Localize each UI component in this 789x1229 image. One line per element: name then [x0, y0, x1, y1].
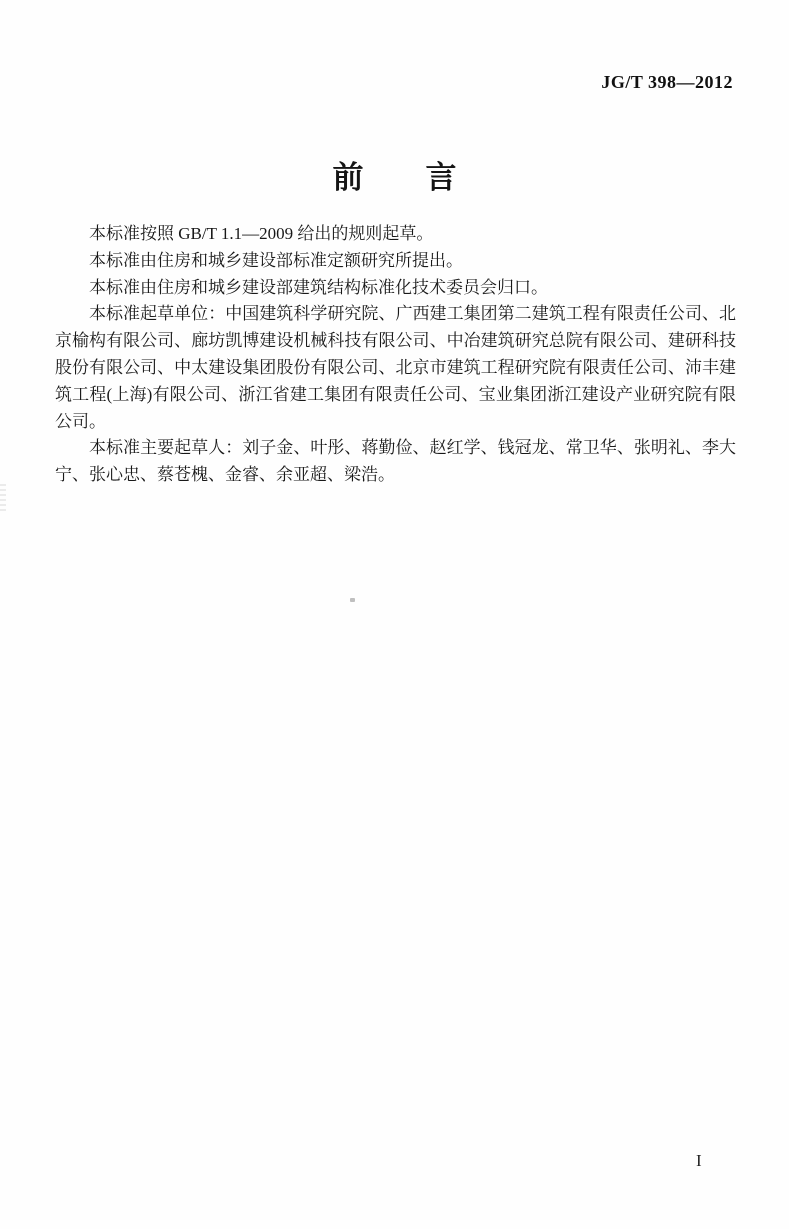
paragraph-drafting-rule: 本标准按照 GB/T 1.1—2009 给出的规则起草。	[55, 221, 736, 248]
page-title: 前 言	[0, 152, 789, 197]
document-page: JG/T 398—2012 前 言 本标准按照 GB/T 1.1—2009 给出…	[0, 0, 789, 1229]
foreword-body: 本标准按照 GB/T 1.1—2009 给出的规则起草。 本标准由住房和城乡建设…	[55, 221, 736, 489]
page-number: I	[696, 1151, 702, 1171]
standard-code-header: JG/T 398—2012	[601, 72, 733, 93]
scan-noise-left-edge	[0, 484, 6, 514]
paragraph-drafting-organizations: 本标准起草单位：中国建筑科学研究院、广西建工集团第二建筑工程有限责任公司、北京榆…	[55, 301, 736, 435]
scan-speck	[350, 598, 355, 602]
paragraph-centralized-by: 本标准由住房和城乡建设部建筑结构标准化技术委员会归口。	[55, 275, 736, 302]
paragraph-chief-drafters: 本标准主要起草人：刘子金、叶彤、蒋勤俭、赵红学、钱冠龙、常卫华、张明礼、李大宁、…	[55, 435, 736, 489]
paragraph-proposed-by: 本标准由住房和城乡建设部标准定额研究所提出。	[55, 248, 736, 275]
